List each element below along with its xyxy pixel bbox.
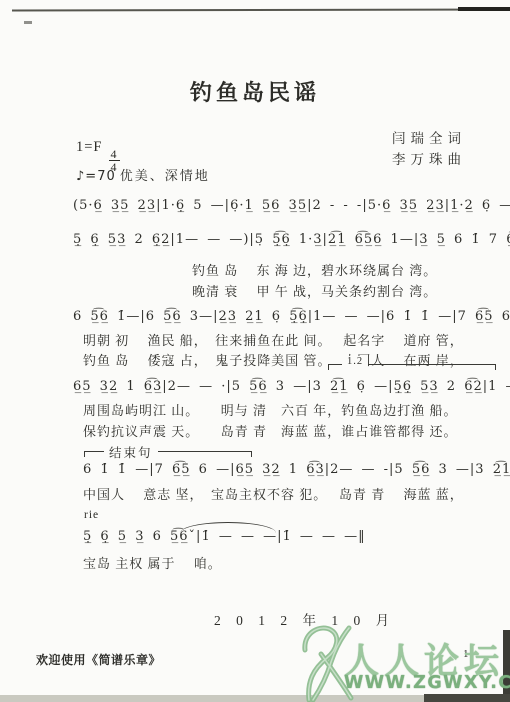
lyric-row-5: 周围岛屿明江 山。 明与 清 六百 年，钓鱼岛边打渔 船。 (83, 400, 458, 419)
lyric-row-2: 晚清 衰 甲 午 战，马关条约割台 湾。 (192, 281, 437, 300)
ritardando-marking: rie (84, 509, 99, 521)
footer-note: 欢迎使用《简谱乐章》 (36, 651, 161, 668)
lyric-row-3: 明朝 初 渔民 船， 往来捕鱼在此 间。 起名字 道府 管， (83, 330, 464, 349)
lyricist-credit: 闫瑞全词 (392, 128, 466, 149)
lyric-row-7: 中国人 意志 坚， 宝岛主权不容 犯。 岛青 青 海蓝 蓝， (83, 484, 464, 503)
tempo-marking: ♪=70优美、深情地 (76, 165, 210, 184)
lyric-row-1: 钓鱼 岛 东 海 边，碧水环绕属台 湾。 (192, 260, 437, 279)
composer-credit: 李万珠曲 (392, 149, 466, 170)
scan-artifact-dash (24, 21, 32, 24)
music-line-2: 5̲̣ 6̲̣ 5̲3̲ 2 6̲̣2̲|1— — —)|5̣ 5̲̣͡6̲̣ … (73, 232, 510, 247)
watermark-site-url: WWW.ZGWXY.COM (344, 673, 510, 693)
scan-edge-top-line (12, 8, 510, 11)
key-label: 1=F (76, 139, 103, 155)
lyric-row-6: 保钓抗议声震 天。 岛青 青 海蓝 蓝，谁占谁管都得 还。 (83, 421, 458, 440)
scan-edge-top-dark-segment (458, 7, 510, 11)
music-line-3: 6 5̲͡6̲ 1̇—|6 5̲͡6̲ 3—|2̲3̲ 2̲1̲ 6̣ 5̲̣͡… (73, 309, 510, 324)
scan-edge-bottom-dark (424, 694, 510, 702)
music-line-4: 6̲5̲ 3̲2̲ 1 6̲͡3̲|2— — ·|5 5̲͡6̲ 3 —|3 2… (73, 379, 510, 394)
volta-label: 1.2 (342, 356, 368, 367)
eighth-note-icon tempo-value: ♪=70 (76, 169, 116, 184)
music-line-5: 6 1̇ 1̇ —|7 6̲͡5̲ 6 —|6̲5̲ 3̲2̲ 1 6̲͡3̲|… (83, 462, 510, 477)
lyric-row-8: 宝岛 主权 属于 咱。 (83, 553, 222, 572)
ending-phrase-label: 结束句 (104, 443, 158, 461)
song-title: 钓鱼岛民谣 (0, 76, 510, 107)
sheet-page: 钓鱼岛民谣 闫瑞全词 李万珠曲 1=F44 ♪=70优美、深情地 (5·6̲ 3… (0, 0, 510, 702)
volta-bracket: 1.2 (328, 364, 496, 371)
music-line-1: (5·6̲ 3̲5̲ 2̲3̲|1·6̲̣ 5 —|6̣·1̲ 5̲6̲ 3̲5… (73, 198, 510, 213)
expression-marking: 优美、深情地 (120, 168, 210, 183)
music-line-6: 5̲̣ 6̲̣ 5̲ 3̲ 6 5̲͡6̲ˇ|1̇ — — —|1̇ — — —… (83, 529, 366, 544)
credits-block: 闫瑞全词 李万珠曲 (392, 128, 466, 170)
ending-phrase-bracket: 结束句 (84, 451, 252, 458)
